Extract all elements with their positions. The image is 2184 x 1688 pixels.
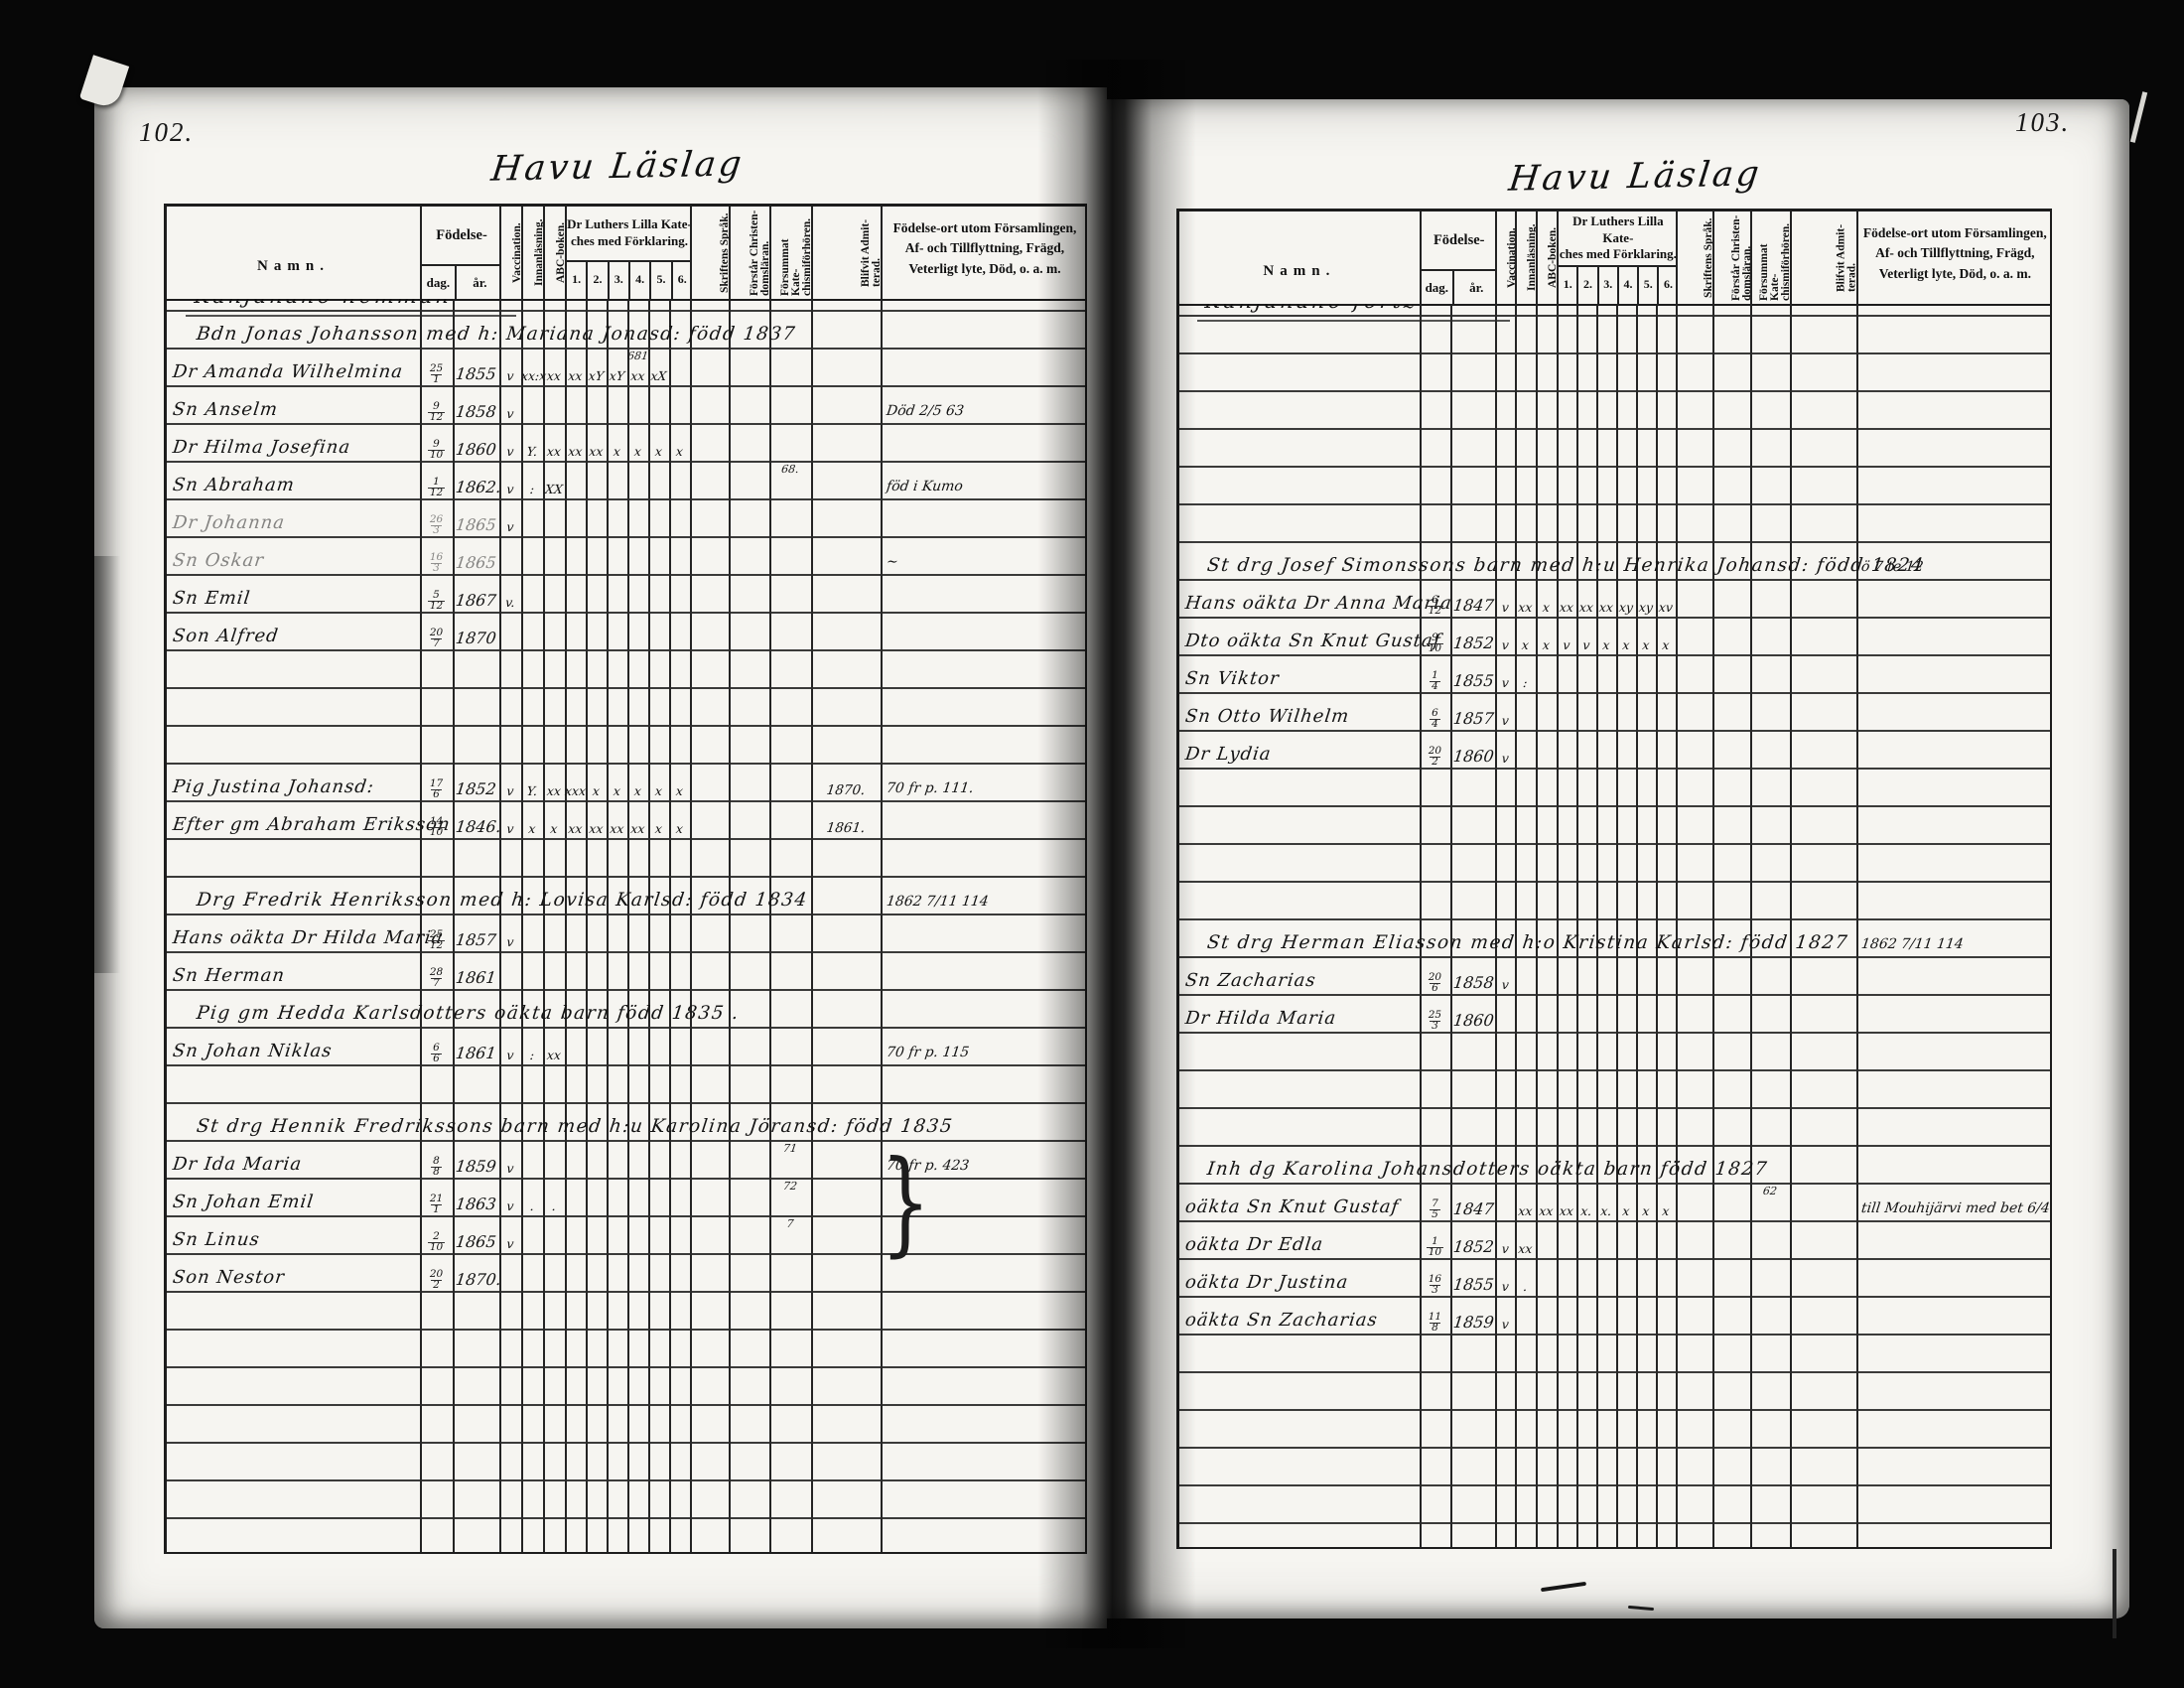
birth-year: 1847 [1452,596,1495,615]
mark-k3: x [606,444,628,459]
birth-year: 1860 [455,440,497,459]
book-scan: 102. 103. Havu Läslag Havu Läslag Namn. … [0,0,2184,1688]
birth-year: 1858 [455,402,497,421]
village-heading: Kanjanaho fortz [1204,304,1421,313]
birth-day: 206 [1420,973,1450,993]
rule-line [167,914,1085,915]
birth-day: 910 [420,440,453,460]
mark-k1: xx [1556,1203,1577,1218]
birth-year: 1846. [455,817,502,836]
mark-abc: x [1535,600,1558,615]
rule-line [167,536,1085,538]
column-line [1420,304,1422,1547]
birth-year: 1870 [455,629,497,647]
household-heading: St drg Hennik Fredrikssons barn med h:u … [195,1116,954,1137]
rule-line [167,1064,1085,1066]
rule-line [1179,1220,2050,1222]
mark-innan: Y. [520,444,544,459]
rule-line [167,800,1085,802]
birth-year: 1857 [1452,709,1495,728]
column-understands: Förstår Christen- domsläran. [729,207,771,299]
rule-line [1179,1296,2050,1298]
mark-k1: xx [564,821,587,836]
rule-line [1179,466,2050,468]
rule-line [167,1140,1085,1142]
column-line [1495,304,1497,1547]
column-label: Födelse-ort utom Församlingen,Af- och Ti… [1858,223,2052,284]
mark-vacc: v [498,1236,522,1251]
mark-k5: x [647,821,670,836]
household-heading: St drg Josef Simonssons barn med h:u Hen… [1206,555,1926,576]
mark-abc: xx [542,1048,566,1062]
column-label: Innanläsning. [1517,214,1538,301]
mark-innan: . [520,1198,544,1213]
page-number-right: 103. [2015,107,2070,138]
column-line [565,299,567,1552]
column-label: Dr Luthers Lilla Kate-ches med Förklarin… [567,207,692,262]
rule-line [167,310,1085,312]
mark-k3: xY [606,368,628,383]
small-annotation: 7 [768,1217,812,1230]
column-line [1636,304,1638,1547]
column-vaccination: Vaccination. [499,207,523,299]
entry-name: oäkta Dr Edla [1184,1234,1325,1255]
entry-name: Son Alfred [172,626,280,646]
mark-k5: xX [647,368,670,383]
small-annotation: 72 [768,1180,812,1193]
birth-day: 88 [420,1157,453,1177]
entry-name: Sn Viktor [1184,668,1281,689]
column-namn: Namn. [167,207,420,299]
mark-innan: x [520,821,544,836]
mark-vacc: v [1494,713,1517,728]
household-heading: Inh dg Karolina Johansdotters oäkta barn… [1206,1159,1769,1180]
column-line [1536,304,1538,1547]
rule-line [1179,541,2050,543]
entry-name: Sn Otto Wilhelm [1184,706,1351,727]
birth-day: 912 [420,402,453,422]
column-scripture: Skriftens Språk. [1676,211,1714,304]
entry-name: Efter gm Abraham Eriksson [172,814,452,835]
mark-blifvit: 1861. [810,820,882,836]
mark-vacc: v [498,1198,522,1213]
mark-blifvit: 1870. [810,782,882,798]
column-label: Födelse- [422,207,501,266]
mark-k2: x. [1575,1203,1597,1218]
mark-innan: : [520,482,544,496]
column-understands: Förstår Christen- domsläran. [1712,211,1753,304]
mark-k6: xv [1655,600,1677,615]
entry-name: Son Nestor [172,1267,286,1288]
page-title-left: Havu Läslag [489,144,747,189]
rule-line [167,1291,1085,1293]
mark-abc: x [542,821,566,836]
rule-line [167,951,1085,953]
column-label: ABC-boken. [1538,214,1559,301]
rule-line [1179,1258,2050,1260]
mark-k4: xx [626,821,649,836]
mark-vacc: v [498,1048,522,1062]
entry-name: Dr Hilma Josefina [172,437,352,458]
column-notes: Födelse-ort utom Församlingen,Af- och Ti… [1856,211,2052,304]
mark-k5: x [647,444,670,459]
birth-year: 1859 [1452,1313,1495,1332]
mark-k6: x [668,444,691,459]
rule-line [167,1215,1085,1217]
column-label: Födelse-ort utom Församlingen,Af- och Ti… [883,218,1087,279]
mark-vacc: v [1494,637,1517,652]
mark-vacc: v [1494,600,1517,615]
column-line [1656,304,1658,1547]
rule-line [1179,579,2050,581]
mark-abc: xx [542,368,566,383]
entry-name: Sn Zacharias [1184,970,1317,991]
column-line [1856,304,1858,1547]
birth-year: 1859 [455,1157,497,1176]
table-body: Kanjanaho hemmanBdn Jonas Johansson med … [167,299,1085,1552]
rule-line [1179,1447,2050,1449]
entry-name: Dr Lydia [1184,744,1273,765]
rule-line [1179,352,2050,354]
mark-k6: x [668,783,691,798]
column-birth: Födelse- dag.år. [420,207,501,299]
birth-day: 75 [1420,1199,1450,1219]
margin-note: Död 2/5 63 [886,403,965,419]
mark-innan: Y. [520,783,544,798]
column-line [1557,304,1559,1547]
table-header: Namn. Födelse- dag.år. Vaccination. Inna… [1179,211,2050,306]
birth-year: 1870. [455,1270,502,1289]
column-label: Namn. [1179,263,1420,280]
rule-line [1179,805,2050,807]
rule-line [1179,956,2050,958]
mark-vacc: v [498,519,522,534]
rule-line [167,348,1085,350]
rule-line [167,423,1085,425]
rule-line [167,612,1085,614]
rule-line [1179,918,2050,920]
mark-k3: xx [606,821,628,836]
entry-name: oäkta Dr Justina [1184,1272,1350,1293]
mark-vacc: v [1494,977,1517,992]
mark-vacc: v [1494,1317,1517,1332]
rule-line [1179,730,2050,732]
column-label: Skriftens Språk. [1678,214,1714,301]
mark-innan: : [1515,675,1538,690]
rule-line [1179,1069,2050,1071]
margin-note: ö 7 te 12 [1860,559,1924,575]
mark-innan: xx [1515,600,1538,615]
mark-innan: xx [1515,1203,1538,1218]
rule-line [167,1329,1085,1331]
rule-line [167,687,1085,689]
birth-year: 1855 [1452,1275,1495,1294]
mark-abc: xx [542,783,566,798]
entry-name: oäkta Sn Zacharias [1184,1310,1379,1331]
column-vaccination: Vaccination. [1495,211,1518,304]
entry-name: oäkta Sn Knut Gustaf [1184,1196,1401,1217]
mark-innan: x [1515,637,1538,652]
rule-line [1179,1145,2050,1147]
rule-line [167,1027,1085,1029]
birth-year: 1860 [1452,747,1495,766]
mark-k4: xy [1615,600,1637,615]
column-reading: Innanläsning. [1515,211,1538,304]
margin-note: 70 fr p. 115 [886,1045,970,1060]
column-notes: Födelse-ort utom Församlingen,Af- och Ti… [881,207,1087,299]
mark-k1: xx [564,368,587,383]
margin-note: 1862 7/11 114 [1860,936,1965,952]
rule-line [1179,994,2050,996]
table-header: Namn. Födelse- dag.år. Vaccination. Inna… [167,207,1085,301]
column-label: Blifvit Admit- terad. [813,210,883,296]
birth-day: 14 [1420,671,1450,691]
column-line [607,299,609,1552]
mark-k3: x. [1595,1203,1617,1218]
birth-day: 512 [420,591,453,611]
rule-line [167,385,1085,387]
birth-day: 64 [1420,709,1450,729]
birth-day: 163 [420,553,453,573]
birth-day: 287 [420,968,453,988]
household-heading: Drg Fredrik Henriksson med h: Lovisa Kar… [195,890,808,911]
mark-k2: xY [585,368,608,383]
column-line [586,299,588,1552]
column-line [1676,304,1678,1547]
mark-vacc: v [1494,675,1517,690]
birth-year: 1862. [455,478,502,496]
catechism-subcolumns: 1.2.3.4.5.6. [567,260,692,299]
register-table-right: Namn. Födelse- dag.år. Vaccination. Inna… [1176,209,2052,1549]
mark-k2: v [1575,637,1597,652]
birth-year: 1855 [1452,671,1495,690]
rule-line [1179,1032,2050,1034]
column-birth: Födelse- dag.år. [1420,211,1497,304]
entry-name: Sn Anselm [172,399,280,420]
village-heading: Kanjanaho hemman [193,299,453,308]
birth-day: 176 [420,779,453,799]
mark-k1: xx [1556,600,1577,615]
mark-k4: x [626,783,649,798]
column-line [769,299,771,1552]
entry-name: Sn Herman [172,965,287,986]
birth-year: 1847 [1452,1199,1495,1218]
column-line [1576,304,1578,1547]
column-label: Dr Luthers Lilla Kate-ches med Förklarin… [1559,211,1677,267]
mark-k1: v [1556,637,1577,652]
column-line [627,299,629,1552]
mark-k2: xx [585,821,608,836]
column-admitted: Blifvit Admit- terad. [1790,211,1857,304]
column-line [1616,304,1618,1547]
entry-name: Sn Linus [172,1229,261,1250]
rule-line [167,1253,1085,1255]
birth-year: 1865 [455,553,497,572]
page-title-right: Havu Läslag [1507,154,1764,199]
column-missed-exams: Försummat Kate- chismiförhören. [1750,211,1792,304]
column-line [453,299,455,1552]
mark-vacc: v [498,821,522,836]
entry-name: Sn Abraham [172,475,296,495]
rule-line [1179,1371,2050,1373]
mark-k4: x [1615,637,1637,652]
birth-year: 1852 [1452,633,1495,652]
column-line [1596,304,1598,1547]
column-label: Vaccination. [501,210,523,296]
birth-day: 207 [420,629,453,648]
rule-line [1179,768,2050,770]
birth-day: 612 [1420,596,1450,616]
mark-k1: xx [564,444,587,459]
birth-year: 1861 [455,1044,497,1062]
scan-artifact-page-edge [2130,91,2147,143]
rule-line [1179,1484,2050,1486]
mark-k2: xx [1575,600,1597,615]
birth-day: 118 [1420,1313,1450,1333]
rule-line [1179,654,2050,656]
rule-line [1179,617,2050,619]
catechism-subcolumns: 1.2.3.4.5.6. [1559,265,1677,304]
mark-innan: xx [1515,1241,1538,1256]
column-label: Försummat Kate- chismiförhören. [771,210,813,296]
column-label-year: år. [455,266,503,299]
column-label: Förstår Christen- domsläran. [1714,214,1753,301]
entry-name: Sn Emil [172,588,252,609]
mark-vacc: v [1494,751,1517,766]
column-label: Födelse- [1422,211,1497,271]
rule-line [1179,843,2050,845]
birth-year: 1865 [455,1232,497,1251]
entry-name: Dr Johanna [172,512,287,533]
mark-innan: : [520,1048,544,1062]
margin-note: ~ [886,554,899,570]
mark-abc: xx [542,444,566,459]
table-body: Kanjanaho fortzSt drg Josef Simonssons b… [1179,304,2050,1547]
mark-vacc: v [498,934,522,949]
column-line [690,299,692,1552]
margin-note: till Mouhijärvi med bet 6/4 63 N° 14. [1860,1200,2050,1216]
rule-line [186,315,516,317]
column-label: Förstår Christen- domsläran. [731,210,771,296]
brace-mark: } [881,1146,931,1259]
rule-line [167,763,1085,765]
margin-note: föd i Kumo [886,479,964,494]
column-line [729,299,731,1552]
column-label: Namn. [167,258,420,275]
birth-year: 1858 [1452,973,1495,992]
mark-k3: x [606,783,628,798]
mark-innan: . [1515,1279,1538,1294]
entry-name: Hans oäkta Dr Hilda Maria [172,927,445,948]
column-label: Blifvit Admit- terad. [1792,214,1857,301]
household-heading: St drg Herman Eliasson med h:o Kristina … [1206,932,1849,953]
column-reading: Innanläsning. [521,207,545,299]
entry-name: Dto oäkta Sn Knut Gustaf [1184,631,1442,651]
birth-day: 202 [420,1270,453,1290]
mark-vacc: v [498,482,522,496]
small-annotation: 71 [768,1142,812,1155]
mark-k2: xx [585,444,608,459]
column-line [1515,304,1517,1547]
rule-line [1179,1334,2050,1336]
birth-year: 1861 [455,968,497,987]
birth-year: 1867 [455,591,497,610]
small-annotation: 681 [626,350,649,362]
column-scripture: Skriftens Språk. [690,207,731,299]
column-label: Vaccination. [1497,214,1518,301]
mark-k5: xy [1635,600,1657,615]
mark-k5: x [1635,1203,1657,1218]
entry-name: Sn Johan Niklas [172,1041,334,1061]
column-line [811,299,813,1552]
birth-day: 910 [1420,633,1450,653]
household-heading: Bdn Jonas Johansson med h: Mariana Jonas… [195,324,796,345]
page-number-left: 102. [139,117,194,148]
column-namn: Namn. [1179,211,1420,304]
mark-vacc: v [1494,1279,1517,1294]
mark-abc: . [542,1198,566,1213]
birth-year: 1852 [455,779,497,798]
rule-line [1179,503,2050,505]
rule-line [167,1517,1085,1519]
rule-line [167,574,1085,576]
mark-k4: x [626,444,649,459]
birth-day: 163 [1420,1275,1450,1295]
rule-line [167,725,1085,727]
mark-k5: x [1635,637,1657,652]
column-line [1790,304,1792,1547]
mark-innan: xx:x [520,368,544,383]
rule-line [167,649,1085,651]
mark-k6: x [1655,637,1677,652]
birth-day: 253 [1420,1011,1450,1031]
small-annotation: 68. [768,463,812,476]
rule-line [1179,428,2050,430]
mark-k3: x [1595,637,1617,652]
birth-day: 1410 [420,817,453,837]
birth-day: 112 [420,478,453,497]
rule-line [167,498,1085,500]
mark-vacc: v [1494,1241,1517,1256]
entry-name: Hans oäkta Dr Anna Maria [1184,593,1453,614]
birth-day: 263 [420,515,453,535]
column-missed-exams: Försummat Kate- chismiförhören. [769,207,813,299]
column-catechism: Dr Luthers Lilla Kate-ches med Förklarin… [1557,211,1677,304]
rule-line [167,461,1085,463]
rule-line [1179,390,2050,392]
column-label-day: dag. [1422,271,1452,304]
column-line [881,299,883,1552]
mark-vacc: v [498,368,522,383]
entry-name: Sn Oskar [172,550,265,571]
mark-k6: x [668,821,691,836]
column-abc-book: ABC-boken. [543,207,567,299]
birth-day: 251 [420,364,453,384]
column-line [1712,304,1714,1547]
rule-line [167,1404,1085,1406]
rule-line [167,989,1085,991]
mark-k1: xxx [564,783,587,798]
birth-day: 66 [420,1044,453,1063]
mark-k3: xx [1595,600,1617,615]
birth-year: 1863 [455,1195,497,1213]
register-table-left: Namn. Födelse- dag.år. Vaccination. Inna… [164,204,1087,1554]
birth-year: 1855 [455,364,497,383]
mark-vacc: v [498,444,522,459]
mark-vacc: v [498,783,522,798]
rule-line [1179,692,2050,694]
rule-line [167,838,1085,840]
